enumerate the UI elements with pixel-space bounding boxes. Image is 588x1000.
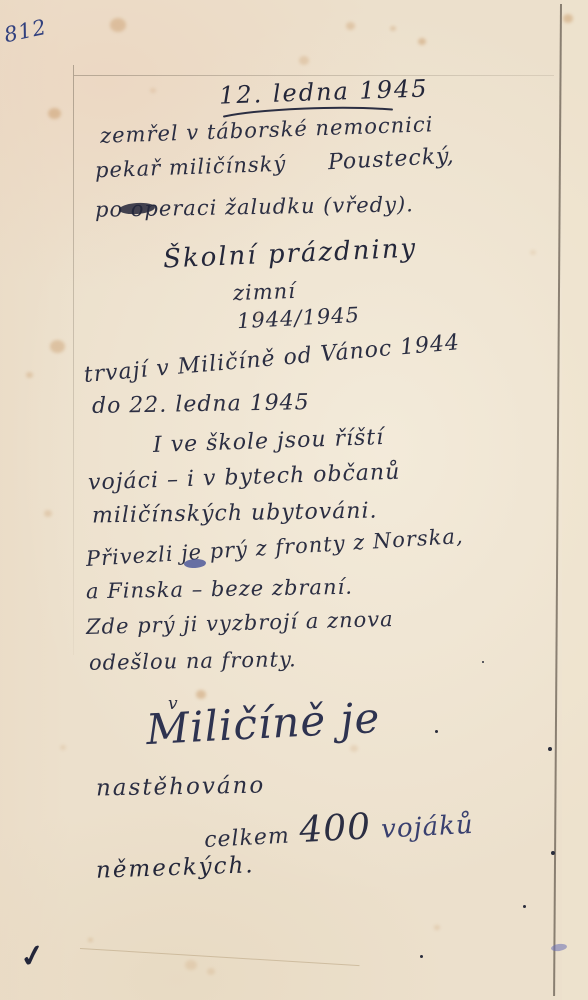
soldiers-line-6: Zde prý ji vyzbrojí a znova xyxy=(86,608,394,639)
ink-fleck xyxy=(420,955,423,958)
foxing-spot xyxy=(26,372,33,378)
foxing-spot xyxy=(346,22,355,30)
foxing-spot xyxy=(48,108,61,119)
page-edge-line xyxy=(553,4,562,996)
foxing-spot xyxy=(255,312,262,318)
soldiers-line-7: odešlou na fronty. xyxy=(89,648,297,675)
foxing-spot xyxy=(60,745,66,750)
ink-fleck xyxy=(435,730,438,733)
ink-fleck xyxy=(523,905,526,908)
bottom-margin-rule xyxy=(80,948,360,966)
holidays-heading: Školní prázdniny xyxy=(162,234,417,274)
summary-line-2: nastěhováno xyxy=(96,774,266,802)
foxing-spot xyxy=(563,14,573,23)
holidays-line-2: do 22. ledna 1945 xyxy=(92,391,310,419)
death-line-1: zemřel v táborské nemocnici xyxy=(100,113,434,148)
foxing-spot xyxy=(196,690,206,699)
foxing-spot xyxy=(350,745,358,752)
holidays-line-1: trvají v Miličíně od Vánoc 1944 xyxy=(83,331,461,388)
foxing-spot xyxy=(44,510,52,517)
foxing-spot xyxy=(150,88,156,93)
death-line-2-name: Poustecký, xyxy=(327,145,455,176)
page-number: 812 xyxy=(2,16,49,48)
holidays-years: 1944/1945 xyxy=(236,304,360,333)
summary-line-3: celkem 400 vojáků xyxy=(203,802,474,856)
ink-fleck xyxy=(551,851,555,855)
soldiers-line-3: miličínských ubytováni. xyxy=(92,500,378,529)
foxing-spot xyxy=(110,18,126,32)
summary-word-celkem: celkem xyxy=(204,825,291,854)
foxing-spot xyxy=(299,56,309,65)
holidays-subheading: zimní xyxy=(233,280,297,305)
foxing-spot xyxy=(88,938,93,942)
top-margin-rule xyxy=(74,75,554,76)
death-line-2-left: pekař miličínský xyxy=(95,153,287,183)
blue-ink-correction xyxy=(184,558,206,568)
summary-town-large: Miličíně je xyxy=(145,695,382,753)
checkmark: ✓ xyxy=(17,938,48,975)
foxing-spot xyxy=(207,968,215,975)
ink-fleck xyxy=(548,747,552,751)
foxing-spot xyxy=(390,26,396,31)
left-margin-rule xyxy=(73,65,74,655)
page-edge-strip xyxy=(562,0,588,1000)
foxing-spot xyxy=(434,925,440,930)
ink-fleck xyxy=(482,661,484,663)
foxing-spot xyxy=(418,38,426,45)
foxing-spot xyxy=(50,340,65,353)
foxing-spot xyxy=(530,250,536,255)
summary-word-vojaku: vojáků xyxy=(381,811,475,844)
summary-line-4: německých. xyxy=(96,853,255,884)
soldiers-line-2: vojáci – i v bytech občanů xyxy=(88,461,401,496)
summary-soldier-count: 400 xyxy=(298,807,372,850)
soldiers-line-5: a Finska – beze zbraní. xyxy=(86,576,353,604)
soldiers-line-4: Přivezli je prý z fronty z Norska, xyxy=(85,525,464,571)
soldiers-line-1: I ve škole jsou říští xyxy=(153,426,385,458)
chronicle-page: 812 12. ledna 1945 zemřel v táborské nem… xyxy=(0,0,588,1000)
foxing-spot xyxy=(185,960,197,970)
